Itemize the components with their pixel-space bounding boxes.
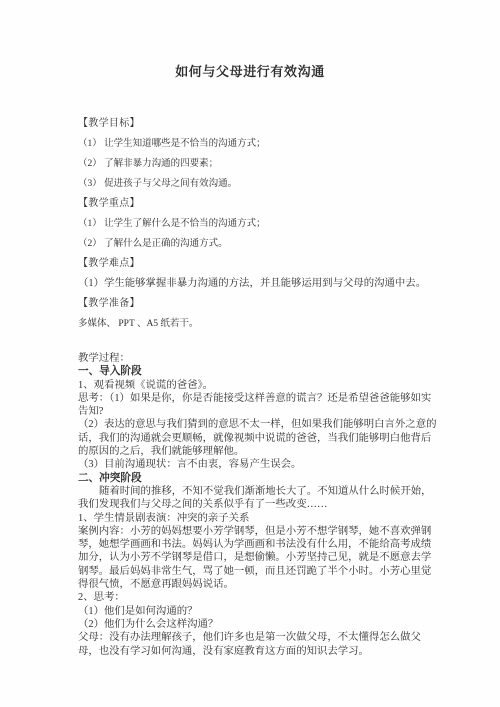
stage-intro-line-2: 思考：（1）如果是你，你是否能接受这样善意的谎言？还是希望爸爸能够如实 <box>78 392 450 405</box>
stage-conflict-line-6: 加分，认为小芳不学钢琴是借口，是想偷懒。小芳坚持己见，就是不愿意去学 <box>78 551 450 564</box>
stage-conflict-heading: 二、冲突阶段 <box>78 472 450 485</box>
key-points-item-2: （2） 了解什么是正确的沟通方式。 <box>78 234 450 254</box>
stage-intro-line-7: （3）目前沟通现状：言不由衷，容易产生误会。 <box>78 458 450 471</box>
objectives-heading: 【教学目标】 <box>78 114 450 134</box>
stage-conflict-line-4: 案例内容：小芳的妈妈想要小芳学钢琴，但是小芳不想学钢琴，她不喜欢弹钢 <box>78 525 450 538</box>
objectives-item-2: （2） 了解非暴力沟通的四要素； <box>78 154 450 174</box>
stage-conflict-line-13: 母，也没有学习如何沟通，没有家庭教育这方面的知识去学习。 <box>78 645 450 658</box>
meta-section: 【教学目标】 （1） 让学生知道哪些是不恰当的沟通方式； （2） 了解非暴力沟通… <box>78 114 450 334</box>
stage-intro-heading: 一、导入阶段 <box>78 365 450 378</box>
stage-conflict-line-2: 我们发现我们与父母之间的关系似乎有了一些改变…… <box>78 498 450 511</box>
difficulties-item-1: （1）学生能够掌握非暴力沟通的方法，并且能够运用到与父母的沟通中去。 <box>78 274 450 294</box>
process-label: 教学过程： <box>78 352 450 365</box>
stage-conflict-line-7: 钢琴。最后妈妈非常生气，骂了她一顿，而且还罚跪了半个小时。小芳心里觉 <box>78 565 450 578</box>
stage-conflict-line-9: 2、思考： <box>78 591 450 604</box>
stage-intro-line-3: 告知? <box>78 405 450 418</box>
stage-conflict-line-3: 1、学生情景剧表演：冲突的亲子关系 <box>78 512 450 525</box>
stage-conflict-line-5: 琴，她想学画画和书法。妈妈认为学画画和书法没有什么用，不能给高考成绩 <box>78 538 450 551</box>
stage-conflict-line-10: （1）他们是如何沟通的？ <box>78 605 450 618</box>
stage-intro-line-1: 1、观看视频《说谎的爸爸》。 <box>78 379 450 392</box>
process-section: 教学过程： 一、导入阶段 1、观看视频《说谎的爸爸》。 思考：（1）如果是你，你… <box>78 352 450 658</box>
stage-conflict-line-11: （2）他们为什么会这样沟通？ <box>78 618 450 631</box>
stage-intro-line-6: 的原因的之后，我们就能够理解他。 <box>78 445 450 458</box>
preparation-item-1: 多媒体、 PPT 、A5 纸若干。 <box>78 314 450 334</box>
difficulties-heading: 【教学难点】 <box>78 254 450 274</box>
stage-conflict-line-8: 得很气愤，不愿意再跟妈妈说话。 <box>78 578 450 591</box>
stage-intro-line-4: （2）表达的意思与我们猜到的意思不太一样，但如果我们能够明白言外之意的 <box>78 418 450 431</box>
stage-intro-line-5: 话，我们的沟通就会更顺畅，就像视频中说谎的爸爸，当我们能够明白他背后 <box>78 432 450 445</box>
stage-conflict-line-1: 随着时间的推移，不知不觉我们渐渐地长大了。不知道从什么时候开始， <box>78 485 450 498</box>
key-points-item-1: （1） 让学生了解什么是不恰当的沟通方式； <box>78 214 450 234</box>
objectives-item-1: （1） 让学生知道哪些是不恰当的沟通方式； <box>78 134 450 154</box>
objectives-item-3: （3） 促进孩子与父母之间有效沟通。 <box>78 174 450 194</box>
document-title: 如何与父母进行有效沟通 <box>0 61 500 80</box>
preparation-heading: 【教学准备】 <box>78 294 450 314</box>
document-page: 如何与父母进行有效沟通 【教学目标】 （1） 让学生知道哪些是不恰当的沟通方式；… <box>0 0 500 707</box>
key-points-heading: 【教学重点】 <box>78 194 450 214</box>
stage-conflict-line-12: 父母：没有办法理解孩子，他们许多也是第一次做父母，不太懂得怎么做父 <box>78 631 450 644</box>
